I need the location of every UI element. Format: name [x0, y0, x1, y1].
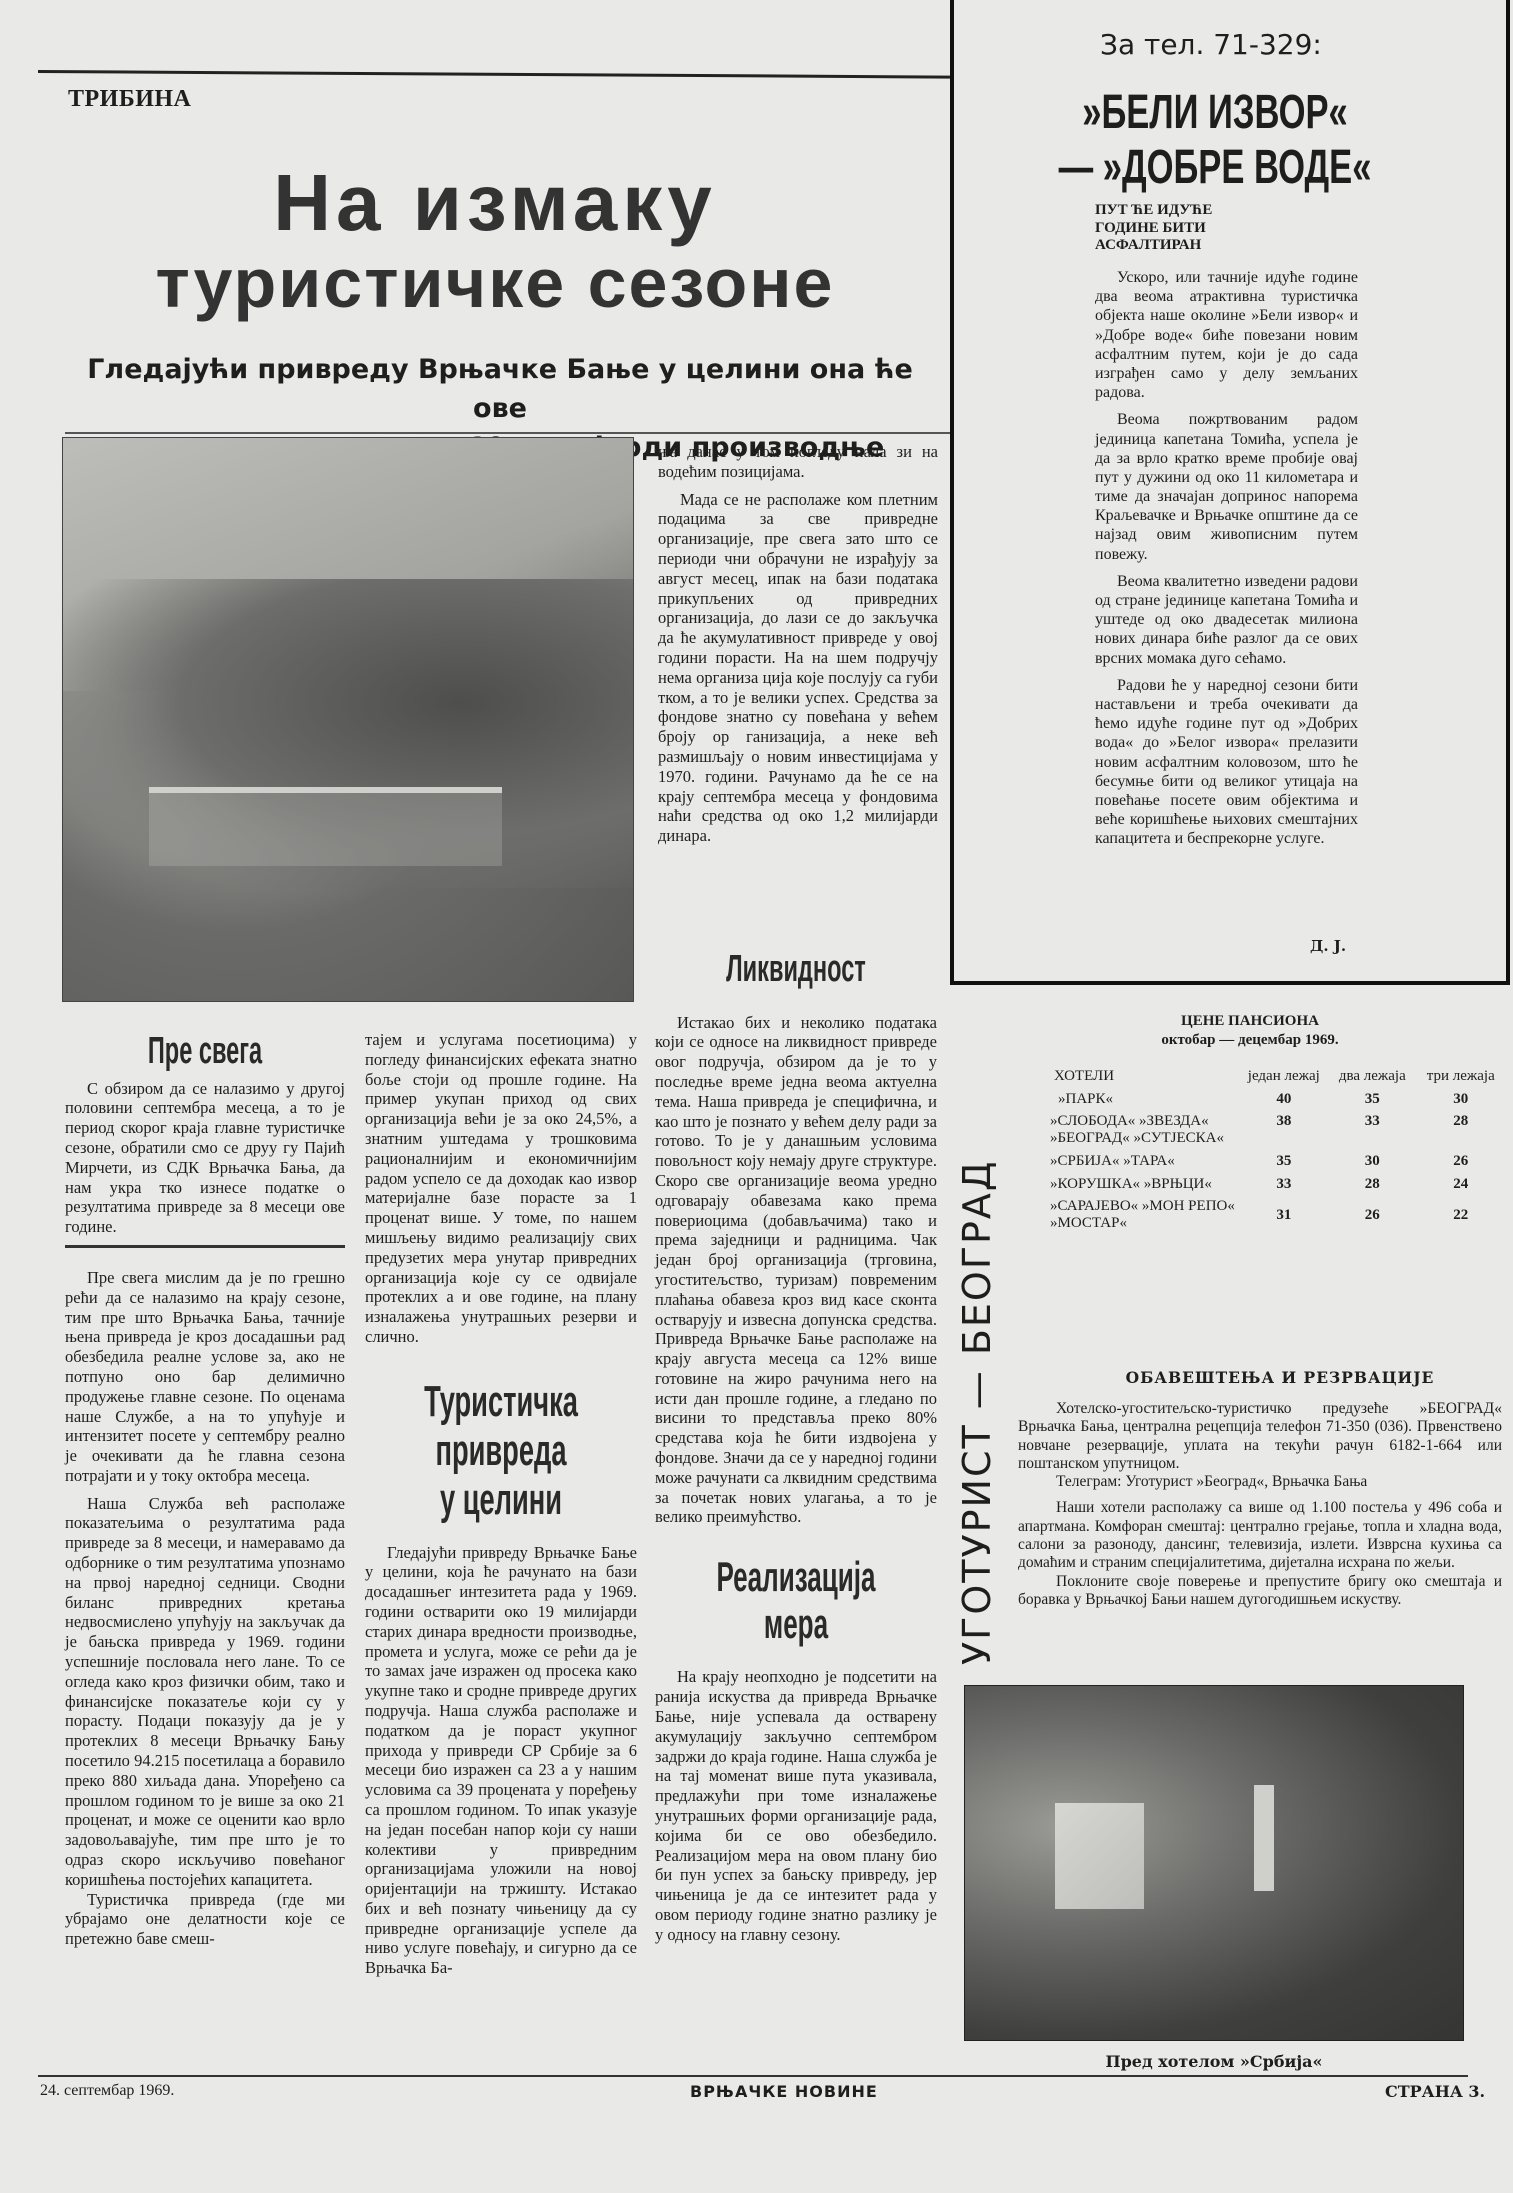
price-one-bed: 40 — [1240, 1091, 1328, 1114]
photo-stairs — [1055, 1803, 1145, 1909]
section-label: ТРИБИНА — [68, 86, 191, 113]
box-subtitle-line: ПУТ ЋЕ ИДУЋЕ — [1095, 202, 1212, 220]
article-column-2: тајем и услугама посетиоцима) у погледу … — [365, 1030, 637, 1986]
hotel-names: »СЛОБОДА« »ЗВЕЗДА« »БЕОГРАД« »СУТЈЕСКА« — [1050, 1113, 1240, 1153]
paragraph: Туристичка привреда (где ми убрајамо оне… — [65, 1890, 345, 1949]
info-body: Хотелско-угоститељско-туристичко предузе… — [1018, 1400, 1502, 1609]
column-header: три лежаја — [1417, 1068, 1505, 1091]
headline-line-2: туристичке сезоне — [40, 246, 950, 322]
phone-label: За тел. 71-329: — [1100, 28, 1322, 61]
price-title-line: ЦЕНЕ ПАНСИОНА — [1040, 1012, 1460, 1031]
box-title-line-1: »БЕЛИ ИЗВОР« — [1046, 85, 1384, 140]
hotel-names: »ПАРК« — [1050, 1091, 1240, 1114]
price-three-beds: 24 — [1417, 1176, 1505, 1199]
paragraph: тајем и услугама посетиоцима) у погледу … — [365, 1030, 637, 1347]
newspaper-name: ВРЊАЧКЕ НОВИНЕ — [690, 2082, 878, 2101]
box-subtitle-line: ГОДИНЕ БИТИ — [1095, 220, 1212, 238]
paragraph: Наши хотели располажу са више од 1.100 п… — [1018, 1499, 1502, 1572]
paragraph: Хотелско-угоститељско-туристичко предузе… — [1018, 1400, 1502, 1473]
box-subtitle-line: АСФАЛТИРАН — [1095, 237, 1212, 255]
table-row: »ПАРК« 40 35 30 — [1050, 1091, 1505, 1114]
deck-line-1: Гледајући привреду Врњачке Бање у целини… — [60, 350, 940, 428]
paragraph: Веома квалитетно изведени радови од стра… — [1095, 572, 1358, 668]
paragraph: ња данас у том погледу нала зи на водећи… — [658, 442, 938, 482]
paragraph: На крају неопходно је подсетити на раниј… — [655, 1667, 937, 1944]
deck-rule — [65, 432, 950, 434]
price-three-beds: 22 — [1417, 1198, 1505, 1238]
column-rule — [65, 1245, 345, 1248]
price-two-beds: 28 — [1328, 1176, 1416, 1199]
price-title: ЦЕНЕ ПАНСИОНА октобар — децембар 1969. — [1040, 1012, 1460, 1050]
paragraph: Ускоро, или тачније идуће године два вео… — [1095, 268, 1358, 402]
article-column-3-top: ња данас у том погледу нала зи на водећи… — [658, 442, 938, 854]
table-row: »СЛОБОДА« »ЗВЕЗДА« »БЕОГРАД« »СУТЈЕСКА« … — [1050, 1113, 1505, 1153]
top-rule — [38, 70, 950, 79]
photo-pillar — [1254, 1785, 1274, 1891]
box-body: Ускоро, или тачније идуће године два вео… — [1095, 268, 1358, 856]
price-two-beds: 33 — [1328, 1113, 1416, 1153]
price-period: октобар — децембар 1969. — [1040, 1031, 1460, 1050]
table-row: »САРАЈЕВО« »МОН РЕПО« »МОСТАР« 31 26 22 — [1050, 1198, 1505, 1238]
subheading-line: Туристичка — [417, 1377, 586, 1426]
hotel-names: »КОРУШКА« »ВРЊЦИ« — [1050, 1176, 1240, 1199]
subheading-likvidnost: Ликвидност — [709, 948, 884, 991]
paragraph: Мада се не располаже ком плетним подацим… — [658, 490, 938, 846]
box-subtitle: ПУТ ЋЕ ИДУЋЕ ГОДИНЕ БИТИ АСФАЛТИРАН — [1095, 202, 1212, 255]
table-header-row: ХОТЕЛИ један лежај два лежаја три лежаја — [1050, 1068, 1505, 1091]
paragraph: Веома пожртвованим радом јединица капета… — [1095, 410, 1358, 564]
subheading-line: у целини — [417, 1475, 586, 1524]
box-title-line-2: — »ДОБРЕ ВОДЕ« — [1046, 140, 1384, 195]
paragraph: Истакао бих и неколико података који се … — [655, 1013, 937, 1528]
price-two-beds: 30 — [1328, 1153, 1416, 1176]
table-row: »СРБИЈА« »ТАРА« 35 30 26 — [1050, 1153, 1505, 1176]
column-header: два лежаја — [1328, 1068, 1416, 1091]
footer-date: 24. септембар 1969. — [40, 2082, 174, 2100]
column-header: један лежај — [1240, 1068, 1328, 1091]
subheading-realizacija-mera: Реализација мера — [709, 1553, 884, 1647]
info-title: ОБАВЕШТЕЊА И РЕЗРВАЦИЈЕ — [1050, 1368, 1510, 1387]
hotel-names: »СРБИЈА« »ТАРА« — [1050, 1153, 1240, 1176]
paragraph: Гледајући привреду Врњачке Бање у целини… — [365, 1543, 637, 1979]
column-header: ХОТЕЛИ — [1050, 1068, 1240, 1091]
box-title: »БЕЛИ ИЗВОР« — »ДОБРЕ ВОДЕ« — [1046, 85, 1384, 195]
paragraph: Пре свега мислим да је по грешно рећи да… — [65, 1268, 345, 1486]
price-table: ХОТЕЛИ један лежај два лежаја три лежаја… — [1050, 1068, 1505, 1238]
paragraph: Наша Служба већ располаже показатељима о… — [65, 1494, 345, 1890]
price-two-beds: 35 — [1328, 1091, 1416, 1114]
subheading-pre-svega: Пре свега — [118, 1030, 292, 1073]
article-column-1: Пре свега С обзиром да се налазимо у дру… — [65, 1030, 345, 1957]
price-one-bed: 33 — [1240, 1176, 1328, 1199]
price-one-bed: 38 — [1240, 1113, 1328, 1153]
signature: Д. Ј. — [1310, 937, 1346, 955]
paragraph: Телеграм: Уготурист »Београд«, Врњачка Б… — [1018, 1473, 1502, 1491]
price-one-bed: 35 — [1240, 1153, 1328, 1176]
intro-paragraph: С обзиром да се налазимо у другој полови… — [65, 1079, 345, 1237]
price-two-beds: 26 — [1328, 1198, 1416, 1238]
price-one-bed: 31 — [1240, 1198, 1328, 1238]
price-three-beds: 28 — [1417, 1113, 1505, 1153]
vertical-label: УГОТУРИСТ — БЕОГРАД — [955, 1025, 999, 1665]
price-three-beds: 26 — [1417, 1153, 1505, 1176]
article-column-3: Ликвидност Истакао бих и неколико подата… — [655, 948, 937, 1952]
table-row: »КОРУШКА« »ВРЊЦИ« 33 28 24 — [1050, 1176, 1505, 1199]
page-title: На измаку туристичке сезоне — [40, 160, 950, 322]
hotel-terrace-photo-icon — [964, 1685, 1464, 2041]
photo-building — [149, 787, 502, 866]
subheading-turisticka-privreda: Туристичка привреда у целини — [417, 1377, 586, 1525]
paragraph: Поклоните своје поверење и препустите бр… — [1018, 1573, 1502, 1610]
hotel-names: »САРАЈЕВО« »МОН РЕПО« »МОСТАР« — [1050, 1198, 1240, 1238]
price-three-beds: 30 — [1417, 1091, 1505, 1114]
headline-line-1: На измаку — [40, 160, 950, 246]
paragraph: Радови ће у наредној сезони бити настављ… — [1095, 676, 1358, 849]
subheading-line: привреда — [417, 1426, 586, 1475]
page-number: СТРАНА 3. — [1385, 2082, 1485, 2101]
landscape-photo-icon — [62, 437, 634, 1002]
photo-caption: Пред хотелом »Србија« — [964, 2052, 1464, 2071]
footer-rule — [38, 2075, 1468, 2077]
